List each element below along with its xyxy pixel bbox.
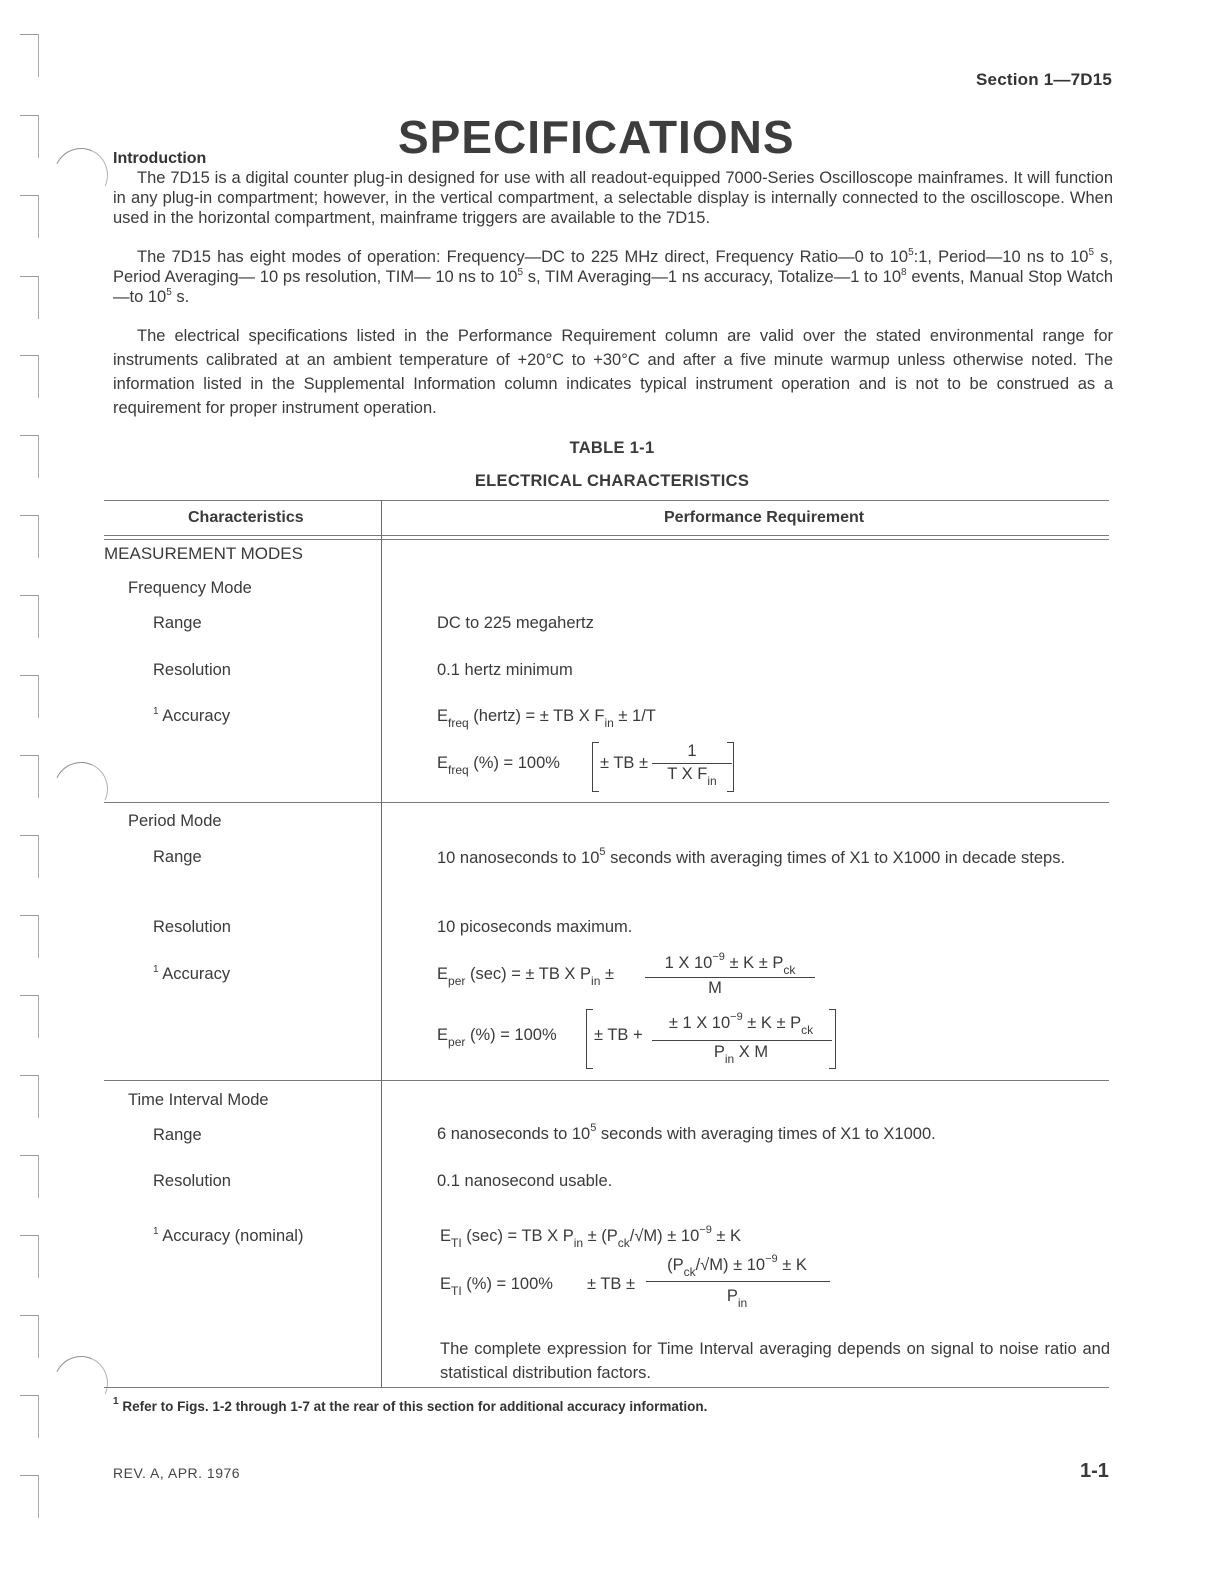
fraction-bar — [646, 1281, 830, 1282]
table-top-rule — [104, 500, 1109, 501]
binding-mark — [20, 675, 39, 718]
eq-text: ± K — [778, 1256, 807, 1274]
exponent: −9 — [699, 1224, 712, 1236]
eq-subscript: ck — [783, 963, 795, 977]
table-bottom-rule — [104, 1387, 1109, 1388]
binding-mark — [20, 1395, 39, 1438]
modes-paragraph: The 7D15 has eight modes of operation: F… — [113, 247, 1113, 307]
table-section-rule — [104, 802, 1109, 803]
footnote-marker: 1 — [153, 964, 159, 975]
punch-hole-mark — [46, 754, 115, 823]
binding-mark — [20, 1155, 39, 1198]
binding-mark — [20, 995, 39, 1038]
row-label: Range — [153, 1126, 202, 1145]
row-value: 0.1 nanosecond usable. — [437, 1172, 612, 1191]
table-section-rule — [104, 1080, 1109, 1081]
modes-text: :1, Period—10 ns to 10 — [914, 248, 1089, 266]
row-value: 0.1 hertz minimum — [437, 661, 573, 680]
row-label: 1 Accuracy — [153, 965, 230, 984]
eq-text: (%) = 100% — [465, 1026, 556, 1044]
table-header-rule — [104, 535, 1109, 536]
binding-mark — [20, 115, 39, 158]
value-text: 6 nanoseconds to 10 — [437, 1125, 590, 1143]
eq-text: T X F — [667, 765, 707, 783]
fraction-denominator: T X Fin — [652, 765, 732, 784]
eq-subscript: ck — [801, 1023, 813, 1037]
left-bracket — [592, 742, 599, 792]
eq-text: E — [437, 965, 448, 983]
footnote-text: Refer to Figs. 1-2 through 1-7 at the re… — [122, 1399, 707, 1414]
binding-mark — [20, 835, 39, 878]
eq-text: ± TB + — [594, 1026, 643, 1045]
eq-text: 1 X 10 — [665, 954, 713, 972]
eq-text: ± TB ± — [600, 754, 648, 773]
table-caption: ELECTRICAL CHARACTERISTICS — [0, 472, 1224, 491]
accuracy-equation-percent: Eper (%) = 100% — [437, 1026, 557, 1045]
footnote-marker: 1 — [153, 1226, 159, 1237]
section-label: Section 1—7D15 — [976, 70, 1112, 90]
fraction-denominator: Pin — [644, 1287, 830, 1306]
right-bracket — [829, 1009, 836, 1069]
eq-text: (hertz) = ± TB X F — [469, 707, 605, 725]
row-label: Range — [153, 848, 202, 867]
group-heading: MEASUREMENT MODES — [104, 544, 303, 564]
eq-subscript: ck — [618, 1236, 630, 1250]
eq-text: E — [437, 754, 448, 772]
binding-mark — [20, 1315, 39, 1358]
accuracy-equation: Efreq (hertz) = ± TB X Fin ± 1/T — [437, 707, 656, 726]
binding-mark — [20, 1235, 39, 1278]
accuracy-equation: ETI (sec) = TB X Pin ± (Pck/√M) ± 10−9 ±… — [440, 1227, 741, 1246]
accuracy-equation: Eper (sec) = ± TB X Pin ± — [437, 965, 614, 984]
mode-heading: Period Mode — [128, 812, 222, 831]
eq-text: /√M) ± 10 — [696, 1256, 765, 1274]
exponent: −9 — [765, 1253, 778, 1265]
fraction-numerator: (Pck/√M) ± 10−9 ± K — [644, 1256, 830, 1275]
binding-mark — [20, 595, 39, 638]
eq-subscript: per — [448, 1035, 465, 1049]
eq-text: P — [727, 1287, 738, 1305]
value-text: 10 nanoseconds to 10 — [437, 849, 599, 867]
eq-subscript: in — [574, 1236, 583, 1250]
eq-text: ± — [600, 965, 614, 983]
introduction-heading: Introduction — [113, 150, 206, 168]
specs-validity-text: The electrical specifications listed in … — [113, 327, 1113, 417]
eq-subscript: ck — [684, 1265, 696, 1279]
eq-text: ± K ± P — [725, 954, 783, 972]
binding-mark — [20, 755, 39, 798]
exponent: −9 — [730, 1011, 743, 1023]
left-bracket — [586, 1009, 593, 1069]
eq-text: E — [437, 1026, 448, 1044]
row-label-text: Accuracy — [162, 707, 230, 725]
row-value: 10 picoseconds maximum. — [437, 918, 632, 937]
table-column-divider — [381, 500, 382, 1387]
eq-text: E — [440, 1275, 451, 1293]
fraction-numerator: 1 — [652, 742, 732, 761]
eq-text: ± 1 X 10 — [669, 1014, 730, 1032]
value-text: seconds with averaging times of X1 to X1… — [596, 1125, 935, 1143]
footnote-marker: 1 — [113, 1396, 119, 1407]
value-text: seconds with averaging times of X1 to X1… — [606, 849, 1066, 867]
fraction-denominator: Pin X M — [650, 1043, 832, 1062]
eq-text: ± (P — [583, 1227, 618, 1245]
fraction-bar — [652, 1040, 832, 1041]
exponent: −9 — [712, 951, 725, 963]
eq-text: E — [440, 1227, 451, 1245]
binding-mark — [20, 276, 39, 319]
intro-paragraph-text: The 7D15 is a digital counter plug-in de… — [113, 169, 1113, 227]
eq-text: P — [714, 1043, 725, 1061]
column-header-characteristics: Characteristics — [188, 509, 304, 527]
eq-subscript: in — [738, 1296, 747, 1310]
fraction-denominator: M — [645, 979, 785, 998]
table-number: TABLE 1-1 — [0, 439, 1224, 458]
eq-text: (%) = 100% — [469, 754, 560, 772]
eq-subscript: freq — [448, 763, 469, 777]
fraction-numerator: ± 1 X 10−9 ± K ± Pck — [650, 1014, 832, 1033]
intro-paragraph: The 7D15 is a digital counter plug-in de… — [113, 168, 1113, 228]
row-label: Resolution — [153, 1172, 231, 1191]
row-label: Resolution — [153, 661, 231, 680]
eq-subscript: in — [707, 774, 716, 788]
punch-hole-mark — [46, 1348, 115, 1417]
time-interval-note: The complete expression for Time Interva… — [440, 1337, 1110, 1385]
column-header-performance: Performance Requirement — [664, 509, 864, 527]
eq-subscript: TI — [451, 1236, 462, 1250]
eq-text: ± K — [712, 1227, 741, 1245]
row-label-text: Accuracy — [162, 965, 230, 983]
row-value: DC to 225 megahertz — [437, 614, 594, 633]
binding-mark — [20, 355, 39, 398]
row-label: 1 Accuracy (nominal) — [153, 1227, 303, 1246]
fraction-bar — [645, 977, 815, 978]
binding-mark — [20, 1475, 39, 1518]
eq-text: (sec) = ± TB X P — [465, 965, 591, 983]
accuracy-equation-percent: Efreq (%) = 100% — [437, 754, 560, 773]
eq-text: (P — [667, 1256, 684, 1274]
mode-heading: Frequency Mode — [128, 579, 252, 598]
specs-validity-paragraph: The electrical specifications listed in … — [113, 324, 1113, 420]
eq-text: (%) = 100% — [462, 1275, 553, 1293]
binding-mark — [20, 195, 39, 238]
row-label: Range — [153, 614, 202, 633]
binding-mark — [20, 915, 39, 958]
table-footnote: 1 Refer to Figs. 1-2 through 1-7 at the … — [113, 1399, 707, 1414]
eq-text: (sec) = TB X P — [462, 1227, 574, 1245]
row-value: 10 nanoseconds to 105 seconds with avera… — [437, 846, 1105, 870]
punch-hole-mark — [46, 140, 115, 209]
fraction-bar — [652, 763, 732, 764]
footnote-marker: 1 — [153, 706, 159, 717]
modes-text: s. — [172, 288, 189, 306]
binding-mark — [20, 34, 39, 77]
eq-text: /√M) ± 10 — [630, 1227, 699, 1245]
page-number: 1-1 — [1080, 1460, 1109, 1483]
row-label: 1 Accuracy — [153, 707, 230, 726]
eq-subscript: in — [604, 716, 613, 730]
revision-date: REV. A, APR. 1976 — [113, 1465, 240, 1481]
row-label-text: Accuracy (nominal) — [162, 1227, 303, 1245]
row-label: Resolution — [153, 918, 231, 937]
eq-text: X M — [734, 1043, 768, 1061]
eq-subscript: in — [725, 1052, 734, 1066]
binding-mark — [20, 515, 39, 558]
accuracy-equation-percent: ETI (%) = 100% — [440, 1275, 553, 1294]
eq-subscript: TI — [451, 1284, 462, 1298]
eq-subscript: in — [591, 974, 600, 988]
binding-mark — [20, 1075, 39, 1118]
page-title: SPECIFICATIONS — [398, 110, 795, 164]
eq-subscript: per — [448, 974, 465, 988]
right-bracket — [727, 742, 734, 792]
mode-heading: Time Interval Mode — [128, 1091, 269, 1110]
table-header-rule — [104, 539, 1109, 540]
row-value: 6 nanoseconds to 105 seconds with averag… — [437, 1125, 936, 1144]
eq-text: ± TB ± — [587, 1275, 635, 1294]
modes-text: s, TIM Averaging—1 ns accuracy, Totalize… — [523, 268, 901, 286]
eq-text: E — [437, 707, 448, 725]
eq-text: ± 1/T — [614, 707, 656, 725]
fraction-numerator: 1 X 10−9 ± K ± Pck — [645, 954, 815, 973]
modes-text: The 7D15 has eight modes of operation: F… — [137, 248, 908, 266]
eq-text: ± K ± P — [743, 1014, 801, 1032]
eq-subscript: freq — [448, 716, 469, 730]
